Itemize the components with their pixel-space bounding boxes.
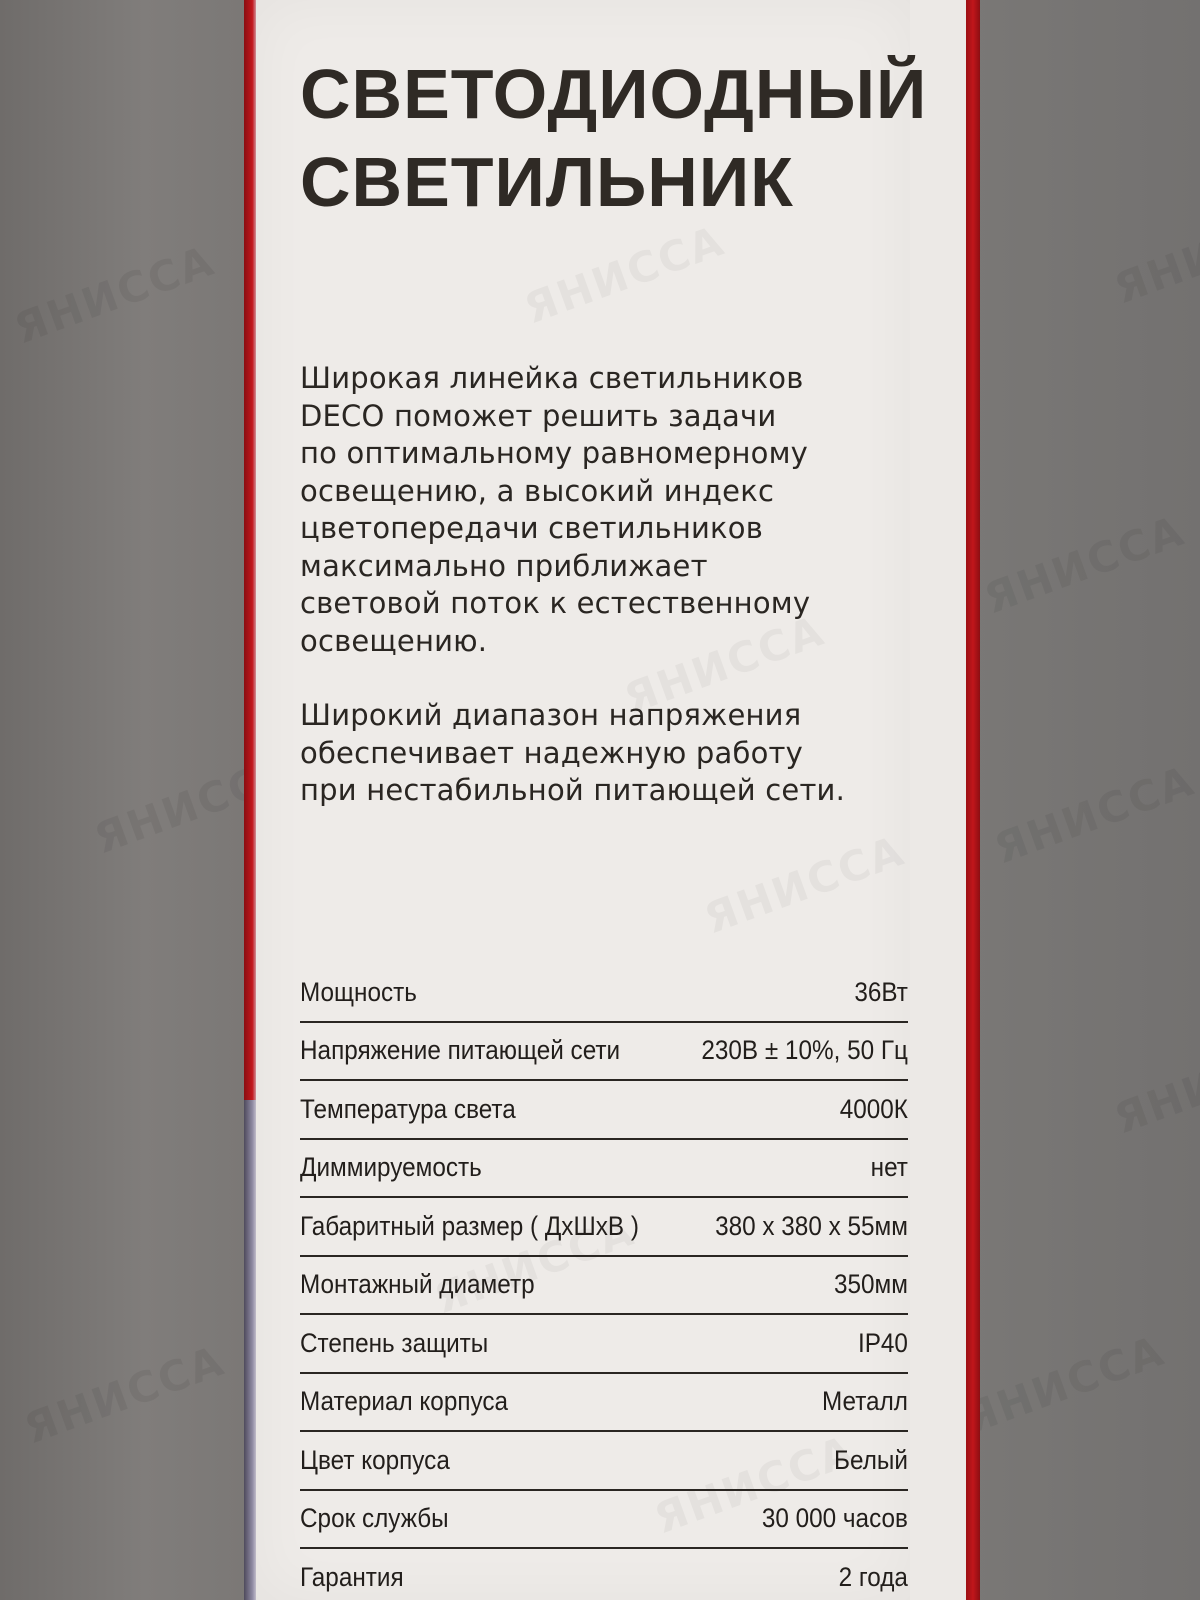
spec-row: Гарантия2 года (300, 1549, 908, 1600)
spec-row: Температура света4000К (300, 1081, 908, 1138)
spec-label: Степень защиты (300, 1328, 488, 1359)
text-line: по оптимальному равномерному (300, 435, 920, 473)
watermark: ЯНИССА (1108, 1026, 1200, 1143)
spec-value: нет (871, 1152, 908, 1183)
spec-value: 36Вт (854, 977, 908, 1008)
spec-value: 230В ± 10%, 50 Гц (701, 1035, 908, 1066)
box-right-edge (966, 0, 980, 1600)
text-line: освещению. (300, 623, 920, 661)
spec-label: Цвет корпуса (300, 1445, 450, 1476)
spec-label: Габаритный размер ( ДхШхВ ) (300, 1211, 639, 1242)
watermark: ЯНИССА (1108, 196, 1200, 313)
description-paragraph-1: Широкая линейка светильников DECO поможе… (300, 360, 920, 660)
spec-value: Белый (834, 1445, 908, 1476)
spec-value: IP40 (858, 1328, 908, 1359)
title-line: СВЕТОДИОДНЫЙ (300, 50, 920, 138)
watermark: ЯНИССА (18, 1336, 231, 1453)
spec-label: Мощность (300, 977, 417, 1008)
text-line: обеспечивает надежную работу (300, 735, 920, 773)
spec-row: Степень защитыIP40 (300, 1315, 908, 1372)
spec-row: Материал корпусаМеталл (300, 1374, 908, 1431)
text-line: максимально приближает (300, 548, 920, 586)
spec-label: Температура света (300, 1094, 516, 1125)
text-line: при нестабильной питающей сети. (300, 772, 920, 810)
spec-label: Гарантия (300, 1562, 404, 1593)
text-line: Широкая линейка светильников (300, 360, 920, 398)
spec-value: 4000К (840, 1094, 908, 1125)
text-line: DECO поможет решить задачи (300, 398, 920, 436)
spec-row: Срок службы30 000 часов (300, 1491, 908, 1548)
spec-row: Монтажный диаметр350мм (300, 1257, 908, 1314)
spec-label: Материал корпуса (300, 1386, 508, 1417)
watermark: ЯНИССА (958, 1326, 1171, 1443)
spec-label: Напряжение питающей сети (300, 1035, 620, 1066)
spec-row: Диммируемостьнет (300, 1140, 908, 1197)
title-line: СВЕТИЛЬНИК (300, 138, 920, 226)
product-title: СВЕТОДИОДНЫЙ СВЕТИЛЬНИК (300, 50, 920, 226)
spec-value: Металл (822, 1386, 908, 1417)
spec-value: 350мм (834, 1269, 908, 1300)
text-line: световой поток к естественному (300, 585, 920, 623)
text-line: Широкий диапазон напряжения (300, 697, 920, 735)
text-line: цветопередачи светильников (300, 510, 920, 548)
watermark: ЯНИССА (988, 756, 1200, 873)
watermark: ЯНИССА (978, 506, 1191, 623)
watermark: ЯНИССА (8, 236, 221, 353)
spec-row: Габаритный размер ( ДхШхВ )380 х 380 х 5… (300, 1198, 908, 1255)
spec-label: Диммируемость (300, 1152, 482, 1183)
spec-value: 30 000 часов (762, 1503, 908, 1534)
spec-label: Срок службы (300, 1503, 449, 1534)
spec-value: 380 х 380 х 55мм (715, 1211, 908, 1242)
text-line: освещению, а высокий индекс (300, 473, 920, 511)
spec-label: Монтажный диаметр (300, 1269, 535, 1300)
spec-row: Напряжение питающей сети230В ± 10%, 50 Г… (300, 1023, 908, 1080)
spec-row: Цвет корпусаБелый (300, 1432, 908, 1489)
spec-value: 2 года (839, 1562, 908, 1593)
description-paragraph-2: Широкий диапазон напряжения обеспечивает… (300, 697, 920, 810)
spec-table: Мощность36ВтНапряжение питающей сети230В… (300, 964, 908, 1600)
spec-row: Мощность36Вт (300, 964, 908, 1021)
